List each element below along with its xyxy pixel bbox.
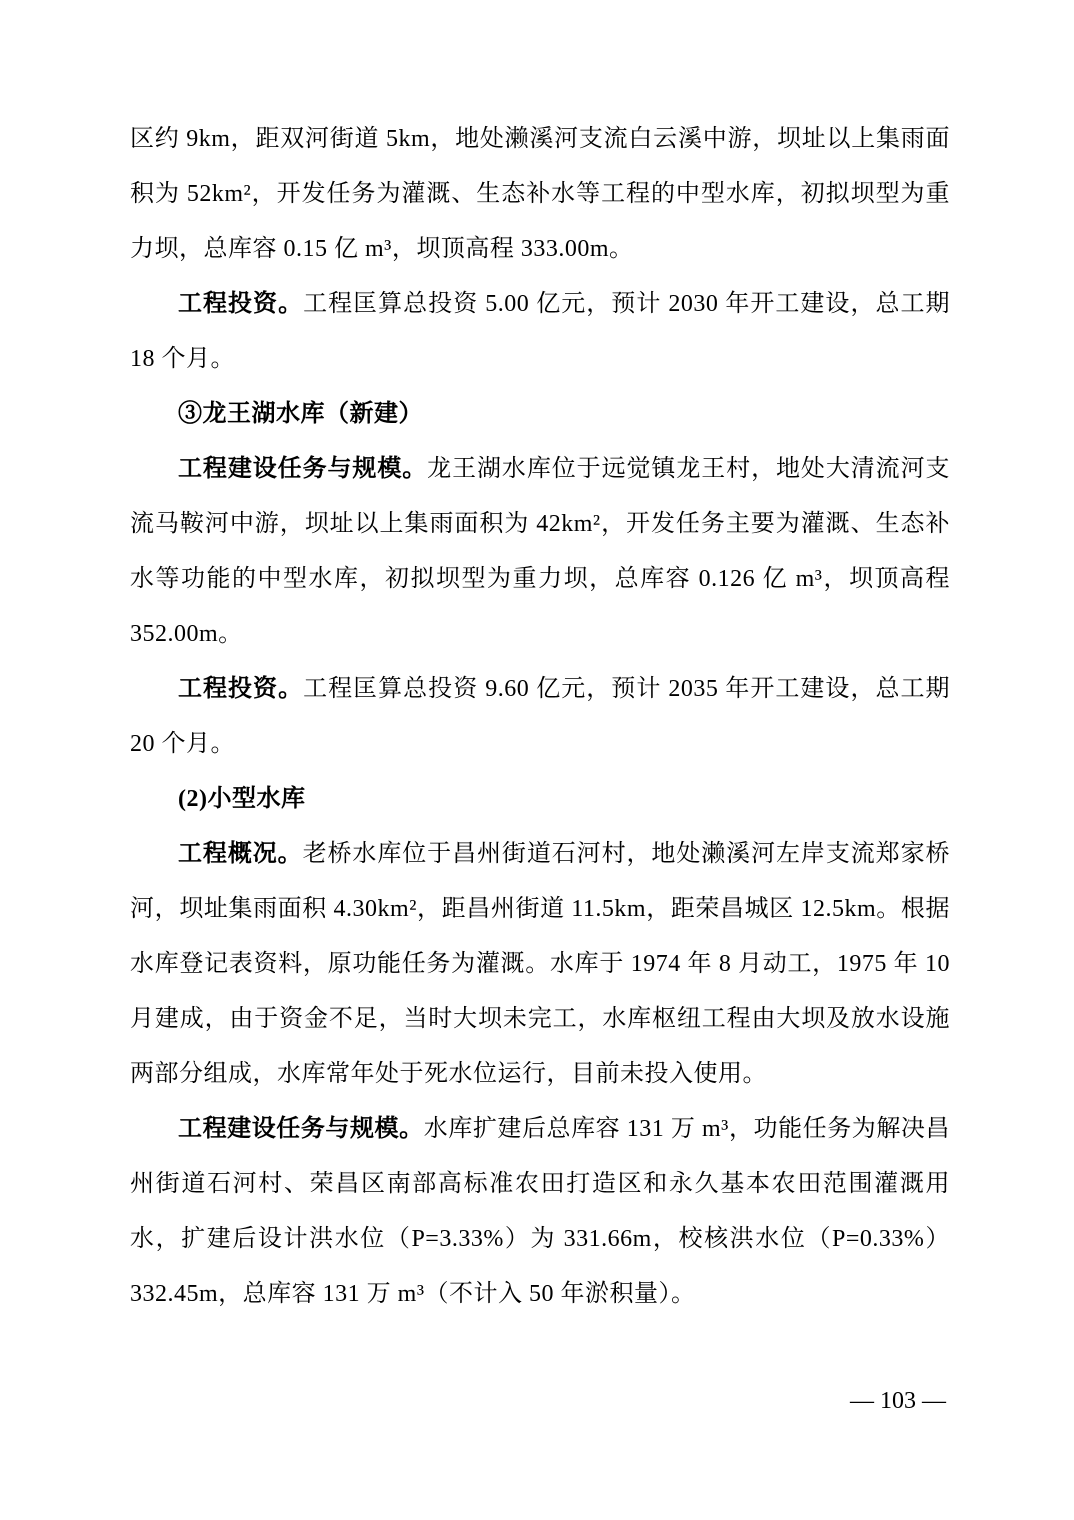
paragraph: 区约 9km，距双河街道 5km，地处濑溪河支流白云溪中游，坝址以上集雨面积为 …: [130, 112, 950, 277]
paragraph-lead: 工程概况。: [178, 841, 303, 867]
document-body: 区约 9km，距双河街道 5km，地处濑溪河支流白云溪中游，坝址以上集雨面积为 …: [130, 112, 950, 1322]
heading-text: (2)小型水库: [178, 786, 305, 812]
paragraph: 工程投资。工程匡算总投资 9.60 亿元，预计 2035 年开工建设，总工期 2…: [130, 662, 950, 772]
paragraph-lead: 工程建设任务与规模。: [178, 456, 427, 482]
page-footer: — 103 —: [850, 1386, 946, 1416]
heading-text: ③龙王湖水库（新建）: [178, 401, 423, 427]
paragraph-lead: 工程投资。: [178, 291, 303, 317]
section-heading: ③龙王湖水库（新建）: [130, 387, 950, 442]
paragraph-lead: 工程建设任务与规模。: [178, 1116, 424, 1142]
document-page: 区约 9km，距双河街道 5km，地处濑溪河支流白云溪中游，坝址以上集雨面积为 …: [0, 0, 1074, 1520]
page-number: — 103 —: [850, 1388, 946, 1414]
paragraph: 工程概况。老桥水库位于昌州街道石河村，地处濑溪河左岸支流郑家桥河，坝址集雨面积 …: [130, 827, 950, 1102]
paragraph-text: 老桥水库位于昌州街道石河村，地处濑溪河左岸支流郑家桥河，坝址集雨面积 4.30k…: [130, 841, 950, 1087]
paragraph-text: 水库扩建后总库容 131 万 m³，功能任务为解决昌州街道石河村、荣昌区南部高标…: [130, 1116, 950, 1307]
paragraph-text: 龙王湖水库位于远觉镇龙王村，地处大清流河支流马鞍河中游，坝址以上集雨面积为 42…: [130, 456, 950, 647]
section-heading: (2)小型水库: [130, 772, 950, 827]
paragraph: 工程投资。工程匡算总投资 5.00 亿元，预计 2030 年开工建设，总工期 1…: [130, 277, 950, 387]
paragraph: 工程建设任务与规模。龙王湖水库位于远觉镇龙王村，地处大清流河支流马鞍河中游，坝址…: [130, 442, 950, 662]
paragraph-lead: 工程投资。: [178, 676, 303, 702]
paragraph-text: 区约 9km，距双河街道 5km，地处濑溪河支流白云溪中游，坝址以上集雨面积为 …: [130, 126, 950, 262]
paragraph: 工程建设任务与规模。水库扩建后总库容 131 万 m³，功能任务为解决昌州街道石…: [130, 1102, 950, 1322]
